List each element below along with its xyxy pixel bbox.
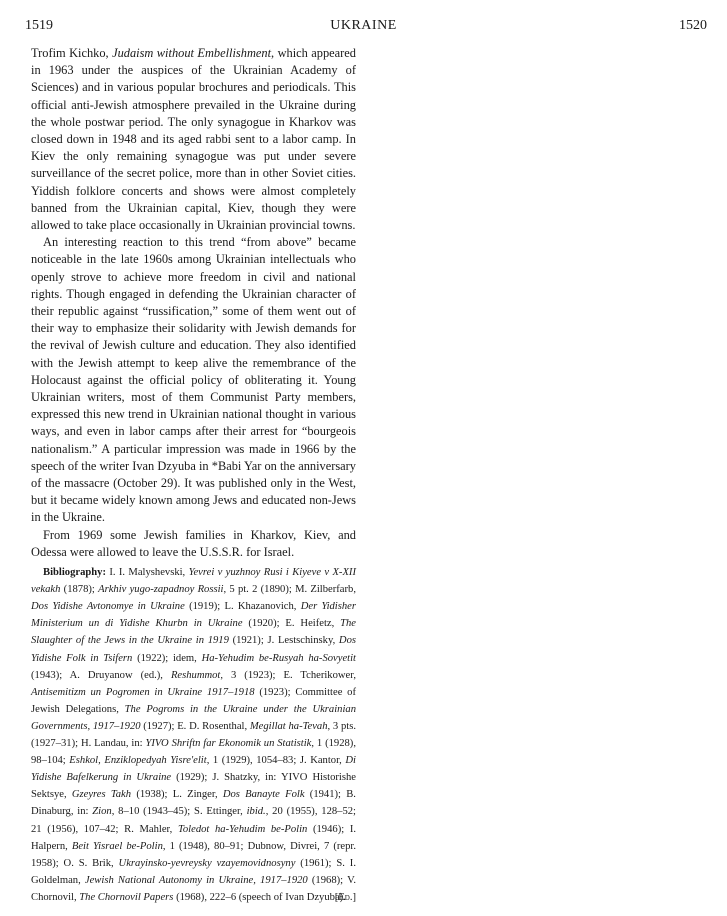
italic-title: Jewish National Autonomy in Ukraine, 191… [85,875,308,886]
running-head: 1519 UKRAINE 1520 [0,18,727,38]
page-number-right: 1520 [679,18,707,34]
text-run: I. I. Malyshevski, [106,567,189,578]
italic-title: Arkhiv yugo-zapadnoy Rossii [98,584,223,595]
italic-title: YIVO Shriftn far Ekonomik un Statistik [145,738,311,749]
text-run: (1943); A. Druyanow (ed.), [31,670,171,681]
text-run: From 1969 some Jewish families in Kharko… [31,528,356,559]
paragraph-3: From 1969 some Jewish families in Kharko… [31,527,356,561]
text-run: (1938); L. Zinger, [131,789,223,800]
running-title: UKRAINE [0,18,727,34]
text-run: (1878); [60,584,98,595]
text-run: (1919); L. Khazanovich, [185,601,301,612]
italic-title: Gzeyres Takh [72,789,131,800]
paragraph-2: An interesting reaction to this trend “f… [31,234,356,526]
italic-title: The Chornovil Papers [79,892,173,903]
italic-title: Eshkol, Enziklopedyah Yisre'elit [69,755,206,766]
text-run: , which appeared in 1963 under the auspi… [31,46,356,232]
bibliography: Bibliography: I. I. Malyshevski, Yevrei … [31,564,356,906]
text-run: , 8–10 (1943–45); S. Ettinger, [112,806,247,817]
text-run: (1968), 222–6 (speech of Ivan Dzyuba). [173,892,345,903]
bibliography-entries: I. I. Malyshevski, Yevrei v yuzhnoy Rusi… [31,567,356,903]
italic-title: Judaism without Embellishment [112,46,271,60]
italic-title: Reshummot [171,670,220,681]
italic-title: Ha-Yehudim be-Rusyah ha-Sovyetit [202,653,356,664]
text-run: , 5 pt. 2 (1890); M. Zilberfarb, [223,584,356,595]
italic-title: ibid. [247,806,266,817]
italic-title: Ukrayinsko-yevreysky vzayemovidnosyny [119,858,296,869]
paragraph-1: Trofim Kichko, Judaism without Embellish… [31,45,356,234]
italic-title: Megillat ha-Tevah [250,721,328,732]
italic-title: Beit Yisrael be-Polin [72,841,163,852]
text-run: Trofim Kichko, [31,46,112,60]
italic-title: Antisemitizm un Pogromen in Ukraine 1917… [31,687,255,698]
text-run: , 1 (1929), 1054–83; J. Kantor, [207,755,346,766]
text-run: An interesting reaction to this trend “f… [31,235,356,524]
text-run: , 3 (1923); E. Tcherikower, [220,670,356,681]
bibliography-label: Bibliography: [43,567,106,578]
text-run: (1920); E. Heifetz, [243,618,341,629]
text-run: (1927); E. D. Rosenthal, [141,721,250,732]
left-column: Trofim Kichko, Judaism without Embellish… [31,45,356,906]
italic-title: Zion [92,806,111,817]
text-run: (1921); J. Lestschinsky, [229,635,339,646]
italic-title: Toledot ha-Yehudim be-Polin [178,824,307,835]
italic-title: Dos Yidishe Avtonomye in Ukraine [31,601,185,612]
text-run: (1922); idem, [132,653,201,664]
italic-title: Dos Banayte Folk [223,789,305,800]
